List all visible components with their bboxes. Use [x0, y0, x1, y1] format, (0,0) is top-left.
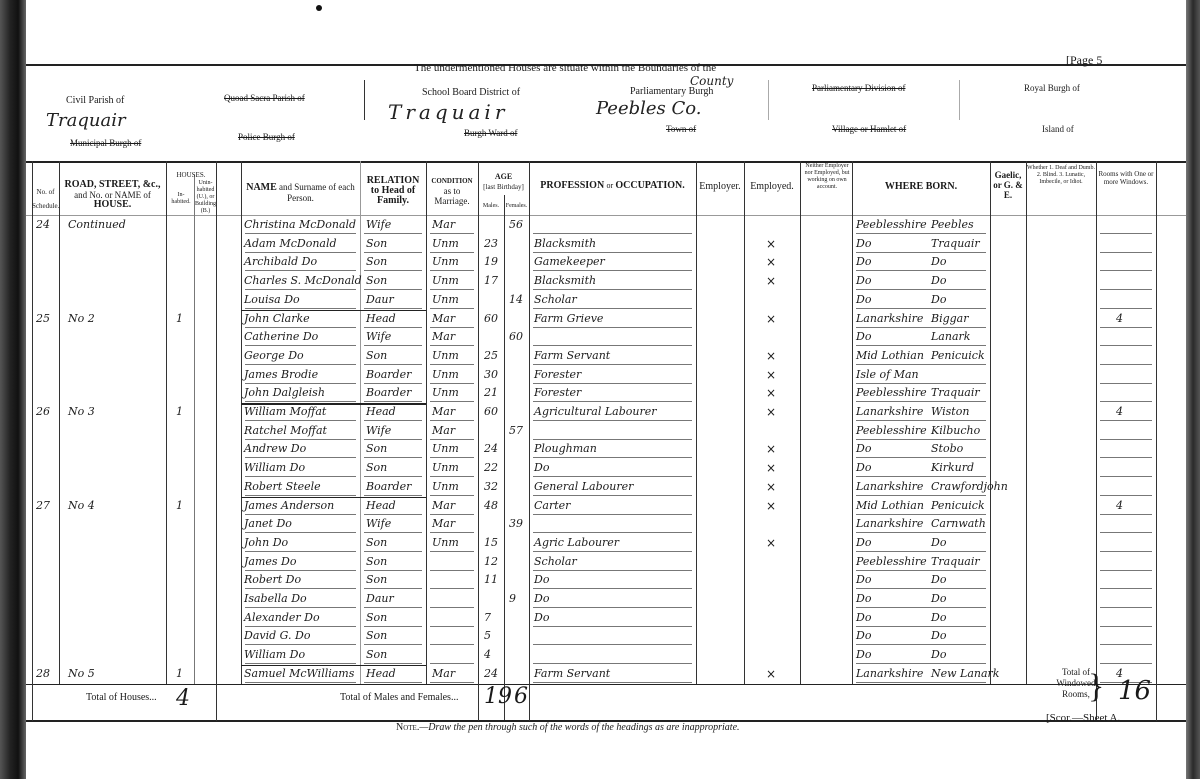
col-header-age: AGE [last Birthday] — [478, 172, 529, 192]
cell-name: Charles S. McDonald — [244, 274, 362, 287]
cell-male-age: 24 — [484, 667, 498, 680]
table-row: 24ContinuedChristina McDonaldWifeMar56Pe… — [26, 216, 1186, 235]
cell-born-place: Wiston — [931, 405, 969, 418]
scan-edge-right — [1186, 0, 1200, 779]
municipal-burgh-label: Municipal Burgh of — [70, 138, 141, 148]
cell-female-age: 9 — [509, 592, 516, 605]
cell-male-age: 17 — [484, 274, 498, 287]
cell-male-age: 19 — [484, 255, 498, 268]
cell-born-place: Do — [931, 611, 946, 624]
col-header-infirmity: Whether 1. Deaf and Dumb. 2. Blind. 3. L… — [1026, 165, 1096, 186]
cell-occupation: Farm Servant — [534, 667, 610, 680]
scan-binding-edge-left — [0, 0, 26, 779]
cell-employed: × — [766, 499, 776, 513]
cell-born-county: Mid Lothian — [856, 499, 924, 512]
cell-condition: Unm — [432, 461, 459, 474]
cell-occupation: Ploughman — [534, 442, 597, 455]
table-row: Janet DoWifeMar39LanarkshireCarnwath — [26, 515, 1186, 534]
parliamentary-burgh-value: Peebles Co. — [596, 98, 702, 119]
cell-relation: Son — [366, 237, 387, 250]
cell-born-county: Do — [856, 274, 871, 287]
cell-employed: × — [766, 480, 776, 494]
cell-born-place: Traquair — [931, 237, 980, 250]
cell-inhabited: 1 — [176, 312, 183, 325]
cell-born-county: Do — [856, 293, 871, 306]
cell-born-place: Do — [931, 592, 946, 605]
cell-born-place: Kilbucho — [931, 424, 980, 437]
total-houses-label: Total of Houses... — [86, 692, 157, 703]
table-row: 25No 21John ClarkeHeadMar60Farm Grieve×L… — [26, 310, 1186, 329]
cell-house: No 4 — [68, 499, 95, 512]
cell-born-county: Do — [856, 330, 871, 343]
cell-relation: Son — [366, 555, 387, 568]
cell-condition: Unm — [432, 293, 459, 306]
cell-male-age: 60 — [484, 405, 498, 418]
cell-occupation: Do — [534, 461, 549, 474]
cell-born-county: Lanarkshire — [856, 405, 923, 418]
cell-rooms: 4 — [1116, 499, 1123, 512]
cell-born-county: Do — [856, 536, 871, 549]
cell-condition: Mar — [432, 330, 455, 343]
cell-name: Robert Steele — [244, 480, 321, 493]
cell-name: David G. Do — [244, 629, 310, 642]
cell-name: James Anderson — [244, 499, 334, 512]
cell-name: John Do — [244, 536, 288, 549]
cell-house: No 3 — [68, 405, 95, 418]
cell-male-age: 60 — [484, 312, 498, 325]
cell-born-place: Peebles — [931, 218, 974, 231]
cell-name: George Do — [244, 349, 304, 362]
town-label: Town of — [666, 124, 696, 134]
cell-condition: Mar — [432, 667, 455, 680]
cell-male-age: 22 — [484, 461, 498, 474]
col-header-where-born: WHERE BORN. — [852, 182, 990, 192]
cell-born-place: Do — [931, 629, 946, 642]
cell-born-county: Do — [856, 629, 871, 642]
cell-born-place: Crawfordjohn — [931, 480, 1008, 493]
cell-occupation: Agricultural Labourer — [534, 405, 657, 418]
cell-born-place: Do — [931, 536, 946, 549]
col-header-neither: Neither Employer nor Employed, but worki… — [802, 163, 852, 191]
cell-born-county: Do — [856, 592, 871, 605]
cell-born-place: Penicuick — [931, 349, 985, 362]
cell-house: No 2 — [68, 312, 95, 325]
cell-born-county: Lanarkshire — [856, 667, 923, 680]
cell-relation: Son — [366, 442, 387, 455]
sheet-label: [Scor.—Sheet A. — [1046, 712, 1120, 724]
household-separator — [241, 665, 426, 667]
cell-relation: Son — [366, 536, 387, 549]
cell-employed: × — [766, 461, 776, 475]
cell-employed: × — [766, 368, 776, 382]
cell-male-age: 32 — [484, 480, 498, 493]
cell-occupation: General Labourer — [534, 480, 633, 493]
cell-occupation: Scholar — [534, 555, 577, 568]
table-row: Charles S. McDonaldSonUnm17Blacksmith×Do… — [26, 272, 1186, 291]
total-rooms-value: 16 — [1118, 676, 1151, 706]
cell-female-age: 57 — [509, 424, 523, 437]
cell-condition: Mar — [432, 405, 455, 418]
cell-male-age: 15 — [484, 536, 498, 549]
cell-born-place: Lanark — [931, 330, 970, 343]
cell-house: No 5 — [68, 667, 95, 680]
cell-male-age: 48 — [484, 499, 498, 512]
cell-employed: × — [766, 667, 776, 681]
cell-name: William Do — [244, 648, 305, 661]
cell-condition: Unm — [432, 536, 459, 549]
cell-rooms: 4 — [1116, 405, 1123, 418]
table-row: Catherine DoWifeMar60DoLanark — [26, 328, 1186, 347]
table-row: David G. DoSon5DoDo — [26, 627, 1186, 646]
cell-name: Adam McDonald — [244, 237, 337, 250]
col-header-occupation: PROFESSION or OCCUPATION. — [529, 180, 696, 191]
cell-relation: Son — [366, 648, 387, 661]
col-header-inhabited: In-habited. — [168, 192, 194, 206]
col-header-houses: HOUSES. — [166, 170, 216, 180]
cell-male-age: 4 — [484, 648, 491, 661]
parliamentary-division-label: Parliamentary Division of — [812, 83, 905, 93]
cell-occupation: Blacksmith — [534, 274, 596, 287]
table-row: Archibald DoSonUnm19Gamekeeper×DoDo — [26, 253, 1186, 272]
cell-schedule: 24 — [36, 218, 50, 231]
cell-born-county: Mid Lothian — [856, 349, 924, 362]
cell-occupation: Do — [534, 592, 549, 605]
cell-born-county: Peeblesshire — [856, 386, 927, 399]
cell-born-county: Do — [856, 648, 871, 661]
table-row: 27No 41James AndersonHeadMar48Carter×Mid… — [26, 497, 1186, 516]
cell-female-age: 60 — [509, 330, 523, 343]
cell-relation: Boarder — [366, 368, 411, 381]
cell-male-age: 24 — [484, 442, 498, 455]
footnote: Note.—Draw the pen through such of the w… — [396, 722, 740, 733]
cell-born-place: Penicuick — [931, 499, 985, 512]
cell-name: Christina McDonald — [244, 218, 356, 231]
cell-name: Catherine Do — [244, 330, 318, 343]
cell-occupation: Forester — [534, 368, 581, 381]
cell-male-age: 7 — [484, 611, 491, 624]
cell-inhabited: 1 — [176, 405, 183, 418]
boundaries-title: The undermentioned Houses are situate wi… — [414, 62, 716, 74]
cell-condition: Unm — [432, 368, 459, 381]
cell-condition: Mar — [432, 424, 455, 437]
quoad-sacra-label: Quoad Sacra Parish of — [224, 93, 305, 103]
cell-born-place: Stobo — [931, 442, 963, 455]
rows-bottom-rule — [26, 684, 1186, 685]
cell-born-county: Lanarkshire — [856, 480, 923, 493]
cell-condition: Mar — [432, 312, 455, 325]
civil-parish-value: Traquair — [46, 110, 126, 131]
cell-name: James Do — [244, 555, 297, 568]
cell-born-county: Lanarkshire — [856, 517, 923, 530]
table-row: Louisa DoDaurUnm14ScholarDoDo — [26, 291, 1186, 310]
cell-born-county: Do — [856, 611, 871, 624]
total-persons-label: Total of Males and Females... — [340, 692, 458, 703]
cell-employed: × — [766, 255, 776, 269]
cell-condition: Unm — [432, 237, 459, 250]
cell-relation: Boarder — [366, 480, 411, 493]
col-header-condition: CONDITION as to Marriage. — [426, 176, 478, 206]
household-separator — [241, 310, 426, 312]
cell-schedule: 27 — [36, 499, 50, 512]
cell-relation: Wife — [366, 424, 391, 437]
cell-occupation: Farm Servant — [534, 349, 610, 362]
table-row: William DoSonUnm22Do×DoKirkurd — [26, 459, 1186, 478]
cell-occupation: Agric Labourer — [534, 536, 619, 549]
cell-employed: × — [766, 386, 776, 400]
col-header-males: Males. — [478, 201, 504, 211]
cell-born-place: Do — [931, 255, 946, 268]
cell-relation: Son — [366, 461, 387, 474]
cell-born-place: Traquair — [931, 386, 980, 399]
table-row: 28No 51Samuel McWilliamsHeadMar24Farm Se… — [26, 665, 1186, 684]
parliamentary-burgh-correction: County — [690, 74, 733, 88]
cell-female-age: 14 — [509, 293, 523, 306]
cell-born-county: Peeblesshire — [856, 218, 927, 231]
cell-employed: × — [766, 349, 776, 363]
cell-male-age: 30 — [484, 368, 498, 381]
table-row: Alexander DoSon7DoDoDo — [26, 609, 1186, 628]
cell-name: Isabella Do — [244, 592, 307, 605]
cell-born-county: Do — [856, 255, 871, 268]
rooms-brace: } — [1088, 668, 1104, 706]
cell-inhabited: 1 — [176, 499, 183, 512]
cell-relation: Wife — [366, 517, 391, 530]
cell-schedule: 26 — [36, 405, 50, 418]
cell-name: Andrew Do — [244, 442, 306, 455]
total-females-value: 6 — [514, 684, 528, 709]
cell-schedule: 28 — [36, 667, 50, 680]
table-row: Ratchel MoffatWifeMar57PeeblesshireKilbu… — [26, 422, 1186, 441]
island-label: Island of — [1042, 124, 1074, 134]
royal-burgh-label: Royal Burgh of — [1024, 83, 1080, 93]
school-board-value: Traquair — [388, 100, 508, 124]
page-number: [Page 5 — [1066, 53, 1102, 68]
cell-name: John Clarke — [244, 312, 310, 325]
cell-male-age: 25 — [484, 349, 498, 362]
cell-name: James Brodie — [244, 368, 318, 381]
cell-born-county: Do — [856, 573, 871, 586]
cell-male-age: 11 — [484, 573, 498, 586]
cell-relation: Son — [366, 611, 387, 624]
school-board-label: School Board District of — [422, 87, 520, 98]
cell-name: John Dalgleish — [244, 386, 325, 399]
cell-occupation: Forester — [534, 386, 581, 399]
cell-relation: Son — [366, 349, 387, 362]
village-label: Village or Hamlet of — [832, 124, 906, 134]
col-header-gaelic: Gaelic, or G. & E. — [990, 170, 1026, 200]
cell-born-county: Peeblesshire — [856, 424, 927, 437]
cell-name: Samuel McWilliams — [244, 667, 354, 680]
col-header-road: ROAD, STREET, &c., and No. or NAME of HO… — [59, 180, 166, 210]
cell-condition: Unm — [432, 442, 459, 455]
cell-male-age: 21 — [484, 386, 498, 399]
cell-relation: Head — [366, 405, 396, 418]
col-header-employed: Employed. — [744, 182, 800, 192]
cell-name: Louisa Do — [244, 293, 300, 306]
police-burgh-label: Police Burgh of — [238, 132, 295, 142]
cell-name: Alexander Do — [244, 611, 320, 624]
cell-relation: Head — [366, 667, 396, 680]
col-header-name: NAME and Surname of each Person. — [241, 182, 360, 203]
cell-relation: Son — [366, 274, 387, 287]
cell-name: Ratchel Moffat — [244, 424, 327, 437]
cell-condition: Unm — [432, 386, 459, 399]
cell-name: Robert Do — [244, 573, 301, 586]
table-row: Andrew DoSonUnm24Ploughman×DoStobo — [26, 440, 1186, 459]
cell-name: William Do — [244, 461, 305, 474]
cell-condition: Mar — [432, 517, 455, 530]
cell-relation: Head — [366, 499, 396, 512]
cell-condition: Mar — [432, 499, 455, 512]
cell-occupation: Farm Grieve — [534, 312, 603, 325]
cell-relation: Daur — [366, 293, 394, 306]
cell-name: William Moffat — [244, 405, 326, 418]
cell-born-place: Kirkurd — [931, 461, 974, 474]
table-row: William DoSon4DoDo — [26, 646, 1186, 665]
table-row: Robert SteeleBoarderUnm32General Laboure… — [26, 478, 1186, 497]
cell-house: Continued — [68, 218, 126, 231]
cell-condition: Mar — [432, 218, 455, 231]
cell-born-place: Traquair — [931, 555, 980, 568]
table-row: John DoSonUnm15Agric Labourer×DoDo — [26, 534, 1186, 553]
cell-male-age: 23 — [484, 237, 498, 250]
cell-relation: Son — [366, 255, 387, 268]
cell-female-age: 56 — [509, 218, 523, 231]
cell-born-county: Lanarkshire — [856, 312, 923, 325]
census-page: [Page 5 The undermentioned Houses are si… — [26, 0, 1186, 779]
table-row: 26No 31William MoffatHeadMar60Agricultur… — [26, 403, 1186, 422]
cell-employed: × — [766, 312, 776, 326]
household-separator — [241, 497, 426, 499]
cell-occupation: Gamekeeper — [534, 255, 605, 268]
cell-born-county: Do — [856, 237, 871, 250]
cell-occupation: Do — [534, 573, 549, 586]
cell-born-place: Biggar — [931, 312, 969, 325]
col-header-females: Females. — [504, 201, 529, 211]
burgh-ward-label: Burgh Ward of — [464, 128, 517, 138]
cell-employed: × — [766, 442, 776, 456]
table-row: James DoSon12ScholarPeeblesshireTraquair — [26, 553, 1186, 572]
cell-male-age: 12 — [484, 555, 498, 568]
col-header-uninhabited: Unin-habited (U.), or Building (B.) — [195, 180, 216, 215]
cell-occupation: Do — [534, 611, 549, 624]
cell-rooms: 4 — [1116, 312, 1123, 325]
cell-condition: Unm — [432, 480, 459, 493]
cell-condition: Unm — [432, 255, 459, 268]
table-row: James BrodieBoarderUnm30Forester×Isle of… — [26, 366, 1186, 385]
cell-female-age: 39 — [509, 517, 523, 530]
col-header-rooms: Rooms with One or more Windows. — [1096, 170, 1156, 186]
cell-occupation: Carter — [534, 499, 570, 512]
cell-born-place: Carnwath — [931, 517, 986, 530]
cell-schedule: 25 — [36, 312, 50, 325]
cell-relation: Head — [366, 312, 396, 325]
cell-born-place: Do — [931, 648, 946, 661]
cell-employed: × — [766, 405, 776, 419]
table-row: Adam McDonaldSonUnm23Blacksmith×DoTraqua… — [26, 235, 1186, 254]
cell-employed: × — [766, 274, 776, 288]
cell-employed: × — [766, 536, 776, 550]
cell-employed: × — [766, 237, 776, 251]
cell-relation: Daur — [366, 592, 394, 605]
cell-occupation: Blacksmith — [534, 237, 596, 250]
cell-condition: Unm — [432, 274, 459, 287]
cell-relation: Wife — [366, 218, 391, 231]
col-header-relation: RELATION to Head of Family. — [360, 176, 426, 206]
cell-born-county: Isle of Man — [856, 368, 919, 381]
table-row: George DoSonUnm25Farm Servant×Mid Lothia… — [26, 347, 1186, 366]
cell-born-county: Do — [856, 461, 871, 474]
cell-born-place: Do — [931, 274, 946, 287]
cell-born-county: Do — [856, 442, 871, 455]
table-row: Robert DoSon11DoDoDo — [26, 571, 1186, 590]
cell-name: Archibald Do — [244, 255, 317, 268]
cell-born-place: Do — [931, 293, 946, 306]
ink-dot — [316, 5, 322, 11]
cell-condition: Unm — [432, 349, 459, 362]
cell-born-county: Peeblesshire — [856, 555, 927, 568]
cell-name: Janet Do — [244, 517, 292, 530]
civil-parish-label: Civil Parish of — [66, 95, 124, 106]
table-row: John DalgleishBoarderUnm21Forester×Peebl… — [26, 384, 1186, 403]
table-top-rule — [26, 161, 1186, 163]
cell-relation: Son — [366, 629, 387, 642]
total-males-value: 19 — [484, 684, 512, 709]
cell-male-age: 5 — [484, 629, 491, 642]
cell-relation: Boarder — [366, 386, 411, 399]
cell-relation: Son — [366, 573, 387, 586]
cell-occupation: Scholar — [534, 293, 577, 306]
col-header-employer: Employer. — [696, 182, 744, 192]
household-separator — [241, 403, 426, 405]
col-header-schedule: No. of Schedule. — [32, 185, 59, 213]
cell-born-place: Do — [931, 573, 946, 586]
total-houses-value: 4 — [176, 686, 190, 711]
cell-inhabited: 1 — [176, 667, 183, 680]
table-row: Isabella DoDaur9DoDoDo — [26, 590, 1186, 609]
cell-relation: Wife — [366, 330, 391, 343]
cell-born-place: New Lanark — [931, 667, 999, 680]
